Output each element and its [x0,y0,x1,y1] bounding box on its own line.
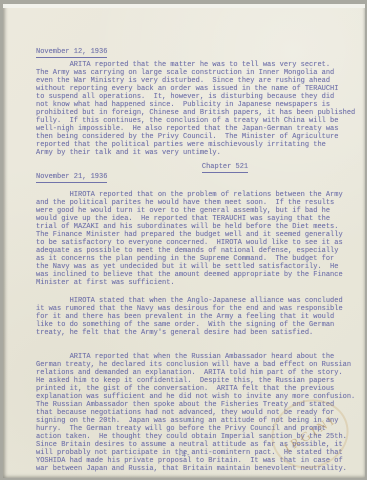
typewritten-line: ARITA reported that the matter he was to… [36,61,358,69]
scanned-document-screenshot: { "page": { "colors": { "ink": "#7173aa"… [0,0,367,480]
stamp-text: IRGINI [281,412,339,457]
typewritten-line: ARITA reported that when the Russian Amb… [36,353,358,361]
typewritten-line: even the War Ministry is very disturbed.… [36,77,358,85]
document-page: November 12, 1936 ARITA reported that th… [3,4,365,478]
paragraph-arita-mongolia: ARITA reported that the matter he was to… [36,61,358,157]
typewritten-line: for it and there has been prevalent in t… [36,313,358,321]
paragraph-hirota-alliance: HIROTA stated that when the Anglo-Japane… [36,297,358,337]
typewritten-line: The Finance Minister had prepared the bu… [36,231,358,239]
typewritten-line: would give up the idea. He reported that… [36,215,358,223]
typewritten-line: and the political parites he would have … [36,199,358,207]
typewritten-line: Minister at first was sufficient. [36,279,358,287]
typewritten-line: HIROTA reported that on the problem of r… [36,191,358,199]
typewritten-line: were good he would turn it over to the g… [36,207,358,215]
typewritten-line: then being considered by the Privy Counc… [36,133,358,141]
typewritten-line: to be satisfactory to everyone concerned… [36,239,358,247]
typewritten-line: reported that the political parties were… [36,141,358,149]
chapter-heading: Chapter 521 [36,163,358,171]
typewritten-line: without reporting every back an order wa… [36,85,358,93]
typewritten-line: like to do something of the same order. … [36,321,358,329]
typewritten-line: printed it, the gist of the conversation… [36,385,358,393]
typewritten-line: not know what had happened since. Public… [36,101,358,109]
date-heading-text: November 21, 1936 [36,173,107,183]
typewritten-line: as it concerns the plan pending in the S… [36,255,358,263]
typewritten-line: HIROTA stated that when the Anglo-Japane… [36,297,358,305]
typewritten-line: trial of MAZAKI and his subordinates wil… [36,223,358,231]
date-heading-text: November 12, 1936 [36,48,107,58]
typewritten-line: Army by their talk and it was very untim… [36,149,358,157]
date-heading-november-12: November 12, 1936 [36,48,358,56]
typewritten-line: was inclined to believe that the amount … [36,271,358,279]
typewritten-line: well-nigh impossible. He also reported t… [36,125,358,133]
typewritten-line: He asked him to keep it confidential. De… [36,377,358,385]
typewritten-line: relations and demanded an explanation. A… [36,369,358,377]
typewritten-line: it was rumored that the Navy was desirou… [36,305,358,313]
typewritten-line: treaty, he felt that the Army's general … [36,329,358,337]
typewritten-line: to suspend all operations. It, however, … [36,93,358,101]
chapter-heading-text: Chapter 521 [202,163,248,173]
typewritten-line: fully. If this continues, the conclusion… [36,117,358,125]
typewritten-line: German treaty, he declared its conclusio… [36,361,358,369]
typewritten-line: adequate as possible to meet the demands… [36,247,358,255]
typewritten-line: The Army was carrying on large scale con… [36,69,358,77]
typewritten-line: prohibited but in foreign, Chinese and B… [36,109,358,117]
date-heading-november-21: November 21, 1936 [36,173,358,181]
typewritten-line: the Navy was as yet undecided but it wil… [36,263,358,271]
paragraph-hirota-army-parties: HIROTA reported that on the problem of r… [36,191,358,287]
scan-edge [3,4,365,8]
